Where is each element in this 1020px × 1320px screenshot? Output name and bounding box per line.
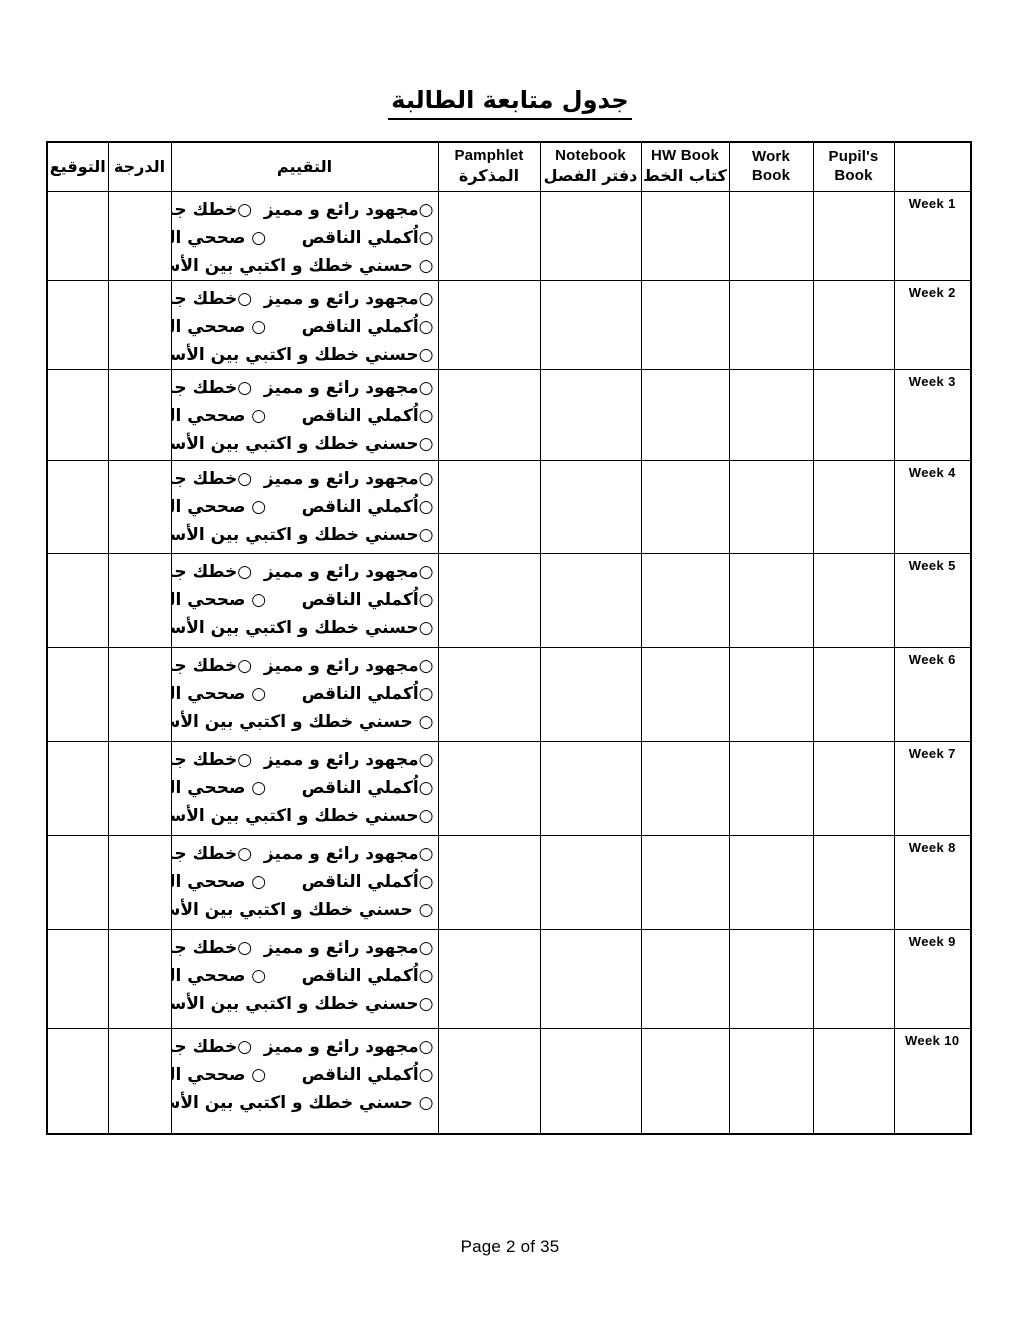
- header-notebook-label-en: Notebook: [541, 147, 641, 166]
- evaluation-cell: ○مجهود رائع و مميز ○خطك جميل و مرتب ○اُك…: [171, 553, 438, 647]
- page-title: جدول متابعة الطالبة: [0, 86, 1020, 120]
- week-cell: Week 4: [894, 460, 971, 553]
- week-label: Week 4: [909, 465, 956, 480]
- pamphlet-cell: [438, 1028, 540, 1134]
- grade-cell: [108, 741, 171, 835]
- week-row: ○مجهود رائع و مميز ○خطك جميل و مرتب ○اُك…: [47, 929, 971, 1028]
- notebook-cell: [540, 741, 641, 835]
- pupils-book-cell: [813, 460, 894, 553]
- work-book-cell: [729, 1028, 813, 1134]
- evaluation-line-2: ○اُكملي الناقص ○ صححي الخطأ: [176, 402, 434, 430]
- week-row: ○مجهود رائع و مميز ○خطك جميل و مرتب ○اُك…: [47, 460, 971, 553]
- week-cell: Week 6: [894, 647, 971, 741]
- grade-cell: [108, 280, 171, 369]
- signature-cell: [47, 1028, 108, 1134]
- notebook-cell: [540, 647, 641, 741]
- week-row: ○مجهود رائع و مميز ○خطك جميل و مرتب ○اُك…: [47, 835, 971, 929]
- week-cell: Week 7: [894, 741, 971, 835]
- evaluation-line-3: ○ حسني خطك و اكتبي بين الأسطر: [176, 708, 434, 736]
- grade-cell: [108, 835, 171, 929]
- notebook-cell: [540, 929, 641, 1028]
- notebook-cell: [540, 553, 641, 647]
- header-notebook-label-ar: دفتر الفصل: [541, 166, 641, 186]
- pupils-book-cell: [813, 369, 894, 460]
- evaluation-line-1: ○مجهود رائع و مميز ○خطك جميل و مرتب: [176, 285, 434, 313]
- work-book-cell: [729, 741, 813, 835]
- work-book-cell: [729, 835, 813, 929]
- pupils-book-cell: [813, 191, 894, 280]
- evaluation-line-2: ○اُكملي الناقص ○ صححي الخطأ: [176, 962, 434, 990]
- evaluation-line-3: ○حسني خطك و اكتبي بين الأسطر: [176, 430, 434, 458]
- week-row: ○مجهود رائع و مميز ○خطك جميل و مرتب ○اُك…: [47, 1028, 971, 1134]
- grade-cell: [108, 191, 171, 280]
- notebook-cell: [540, 460, 641, 553]
- notebook-cell: [540, 1028, 641, 1134]
- work-book-cell: [729, 647, 813, 741]
- header-hw-book: HW Book كتاب الخط: [641, 142, 729, 191]
- week-cell: Week 8: [894, 835, 971, 929]
- header-grade-label: الدرجة: [109, 157, 171, 177]
- page-title-text: جدول متابعة الطالبة: [388, 86, 631, 120]
- evaluation-line-1: ○مجهود رائع و مميز ○خطك جميل و مرتب: [176, 934, 434, 962]
- evaluation-cell: ○مجهود رائع و مميز ○خطك جميل و مرتب ○اُك…: [171, 741, 438, 835]
- week-row: ○مجهود رائع و مميز ○خطك جميل و مرتب ○اُك…: [47, 647, 971, 741]
- evaluation-cell: ○مجهود رائع و مميز ○خطك جميل و مرتب ○اُك…: [171, 280, 438, 369]
- evaluation-line-2: ○اُكملي الناقص ○ صححي الخطأ: [176, 313, 434, 341]
- week-cell: Week 1: [894, 191, 971, 280]
- week-label: Week 9: [909, 934, 956, 949]
- evaluation-cell: ○مجهود رائع و مميز ○خطك جميل و مرتب ○اُك…: [171, 191, 438, 280]
- evaluation-line-3: ○ حسني خطك و اكتبي بين الأسطر: [176, 1089, 434, 1117]
- evaluation-line-3: ○حسني خطك و اكتبي بين الأسطر: [176, 521, 434, 549]
- signature-cell: [47, 835, 108, 929]
- week-row: ○مجهود رائع و مميز ○خطك جميل و مرتب ○اُك…: [47, 553, 971, 647]
- evaluation-cell: ○مجهود رائع و مميز ○خطك جميل و مرتب ○اُك…: [171, 929, 438, 1028]
- signature-cell: [47, 460, 108, 553]
- hw-book-cell: [641, 369, 729, 460]
- header-week-column: [894, 142, 971, 191]
- hw-book-cell: [641, 835, 729, 929]
- evaluation-line-2: ○اُكملي الناقص ○ صححي الخطأ: [176, 680, 434, 708]
- header-pupils-book-label: Pupil's Book: [814, 148, 894, 186]
- header-evaluation-label: التقييم: [172, 157, 438, 177]
- pamphlet-cell: [438, 741, 540, 835]
- hw-book-cell: [641, 929, 729, 1028]
- week-row: ○مجهود رائع و مميز ○خطك جميل و مرتب ○اُك…: [47, 191, 971, 280]
- work-book-cell: [729, 553, 813, 647]
- evaluation-cell: ○مجهود رائع و مميز ○خطك جميل و مرتب ○اُك…: [171, 460, 438, 553]
- evaluation-line-2: ○اُكملي الناقص ○ صححي الخطأ: [176, 493, 434, 521]
- pupils-book-cell: [813, 929, 894, 1028]
- pamphlet-cell: [438, 647, 540, 741]
- work-book-cell: [729, 280, 813, 369]
- header-hw-book-label-ar: كتاب الخط: [642, 166, 729, 186]
- evaluation-line-1: ○مجهود رائع و مميز ○خطك جميل و مرتب: [176, 746, 434, 774]
- work-book-cell: [729, 369, 813, 460]
- header-signature-label: التوقيع: [48, 157, 108, 177]
- work-book-cell: [729, 191, 813, 280]
- work-book-cell: [729, 929, 813, 1028]
- week-cell: Week 9: [894, 929, 971, 1028]
- evaluation-line-2: ○اُكملي الناقص ○ صححي الخطأ: [176, 224, 434, 252]
- evaluation-line-3: ○حسني خطك و اكتبي بين الأسطر: [176, 990, 434, 1018]
- evaluation-line-1: ○مجهود رائع و مميز ○خطك جميل و مرتب: [176, 840, 434, 868]
- hw-book-cell: [641, 647, 729, 741]
- header-work-book: Work Book: [729, 142, 813, 191]
- week-label: Week 2: [909, 285, 956, 300]
- evaluation-line-1: ○مجهود رائع و مميز ○خطك جميل و مرتب: [176, 1033, 434, 1061]
- evaluation-line-3: ○ حسني خطك و اكتبي بين الأسطر: [176, 252, 434, 280]
- pupils-book-cell: [813, 741, 894, 835]
- evaluation-line-3: ○ حسني خطك و اكتبي بين الأسطر: [176, 896, 434, 924]
- header-pamphlet-label-ar: المذكرة: [439, 166, 540, 186]
- notebook-cell: [540, 369, 641, 460]
- grade-cell: [108, 553, 171, 647]
- hw-book-cell: [641, 280, 729, 369]
- signature-cell: [47, 191, 108, 280]
- week-label: Week 8: [909, 840, 956, 855]
- pupils-book-cell: [813, 1028, 894, 1134]
- evaluation-line-1: ○مجهود رائع و مميز ○خطك جميل و مرتب: [176, 374, 434, 402]
- evaluation-line-2: ○اُكملي الناقص ○ صححي الخطأ: [176, 868, 434, 896]
- header-grade: الدرجة: [108, 142, 171, 191]
- notebook-cell: [540, 280, 641, 369]
- header-pamphlet: Pamphlet المذكرة: [438, 142, 540, 191]
- evaluation-cell: ○مجهود رائع و مميز ○خطك جميل و مرتب ○اُك…: [171, 369, 438, 460]
- pamphlet-cell: [438, 280, 540, 369]
- notebook-cell: [540, 835, 641, 929]
- evaluation-cell: ○مجهود رائع و مميز ○خطك جميل و مرتب ○اُك…: [171, 835, 438, 929]
- hw-book-cell: [641, 460, 729, 553]
- header-hw-book-label-en: HW Book: [642, 147, 729, 166]
- week-cell: Week 5: [894, 553, 971, 647]
- evaluation-line-2: ○اُكملي الناقص ○ صححي الخطأ: [176, 774, 434, 802]
- week-row: ○مجهود رائع و مميز ○خطك جميل و مرتب ○اُك…: [47, 369, 971, 460]
- page-number: Page 2 of 35: [0, 1237, 1020, 1257]
- student-follow-up-table: التوقيع الدرجة التقييم Pamphlet المذكرة …: [46, 141, 972, 1135]
- pamphlet-cell: [438, 369, 540, 460]
- work-book-cell: [729, 460, 813, 553]
- grade-cell: [108, 369, 171, 460]
- pupils-book-cell: [813, 647, 894, 741]
- evaluation-line-2: ○اُكملي الناقص ○ صححي الخطأ: [176, 586, 434, 614]
- week-label: Week 6: [909, 652, 956, 667]
- week-cell: Week 2: [894, 280, 971, 369]
- hw-book-cell: [641, 191, 729, 280]
- grade-cell: [108, 1028, 171, 1134]
- week-row: ○مجهود رائع و مميز ○خطك جميل و مرتب ○اُك…: [47, 280, 971, 369]
- header-notebook: Notebook دفتر الفصل: [540, 142, 641, 191]
- header-pamphlet-label-en: Pamphlet: [439, 147, 540, 166]
- header-signature: التوقيع: [47, 142, 108, 191]
- pupils-book-cell: [813, 280, 894, 369]
- evaluation-line-1: ○مجهود رائع و مميز ○خطك جميل و مرتب: [176, 196, 434, 224]
- signature-cell: [47, 280, 108, 369]
- grade-cell: [108, 647, 171, 741]
- pamphlet-cell: [438, 553, 540, 647]
- pupils-book-cell: [813, 553, 894, 647]
- week-label: Week 5: [909, 558, 956, 573]
- evaluation-line-3: ○حسني خطك و اكتبي بين الأسطر: [176, 802, 434, 830]
- week-label: Week 3: [909, 374, 956, 389]
- week-cell: Week 3: [894, 369, 971, 460]
- week-label: Week 1: [909, 196, 956, 211]
- week-label: Week 7: [909, 746, 956, 761]
- pamphlet-cell: [438, 835, 540, 929]
- pamphlet-cell: [438, 929, 540, 1028]
- evaluation-line-3: ○حسني خطك و اكتبي بين الأسطر: [176, 614, 434, 642]
- pupils-book-cell: [813, 835, 894, 929]
- evaluation-cell: ○مجهود رائع و مميز ○خطك جميل و مرتب ○اُك…: [171, 1028, 438, 1134]
- week-cell: Week 10: [894, 1028, 971, 1134]
- evaluation-line-1: ○مجهود رائع و مميز ○خطك جميل و مرتب: [176, 652, 434, 680]
- header-row: التوقيع الدرجة التقييم Pamphlet المذكرة …: [47, 142, 971, 191]
- week-row: ○مجهود رائع و مميز ○خطك جميل و مرتب ○اُك…: [47, 741, 971, 835]
- pamphlet-cell: [438, 191, 540, 280]
- hw-book-cell: [641, 741, 729, 835]
- evaluation-line-1: ○مجهود رائع و مميز ○خطك جميل و مرتب: [176, 465, 434, 493]
- grade-cell: [108, 460, 171, 553]
- signature-cell: [47, 647, 108, 741]
- signature-cell: [47, 369, 108, 460]
- evaluation-line-3: ○حسني خطك و اكتبي بين الأسطر: [176, 341, 434, 369]
- header-pupils-book: Pupil's Book: [813, 142, 894, 191]
- document-page: جدول متابعة الطالبة التوقيع الدرجة التقي…: [0, 0, 1020, 1320]
- evaluation-cell: ○مجهود رائع و مميز ○خطك جميل و مرتب ○اُك…: [171, 647, 438, 741]
- notebook-cell: [540, 191, 641, 280]
- signature-cell: [47, 929, 108, 1028]
- pamphlet-cell: [438, 460, 540, 553]
- evaluation-line-1: ○مجهود رائع و مميز ○خطك جميل و مرتب: [176, 558, 434, 586]
- week-label: Week 10: [905, 1033, 960, 1048]
- signature-cell: [47, 553, 108, 647]
- header-work-book-label: Work Book: [730, 148, 813, 186]
- hw-book-cell: [641, 1028, 729, 1134]
- header-evaluation: التقييم: [171, 142, 438, 191]
- signature-cell: [47, 741, 108, 835]
- evaluation-line-2: ○اُكملي الناقص ○ صححي الخطأ: [176, 1061, 434, 1089]
- grade-cell: [108, 929, 171, 1028]
- hw-book-cell: [641, 553, 729, 647]
